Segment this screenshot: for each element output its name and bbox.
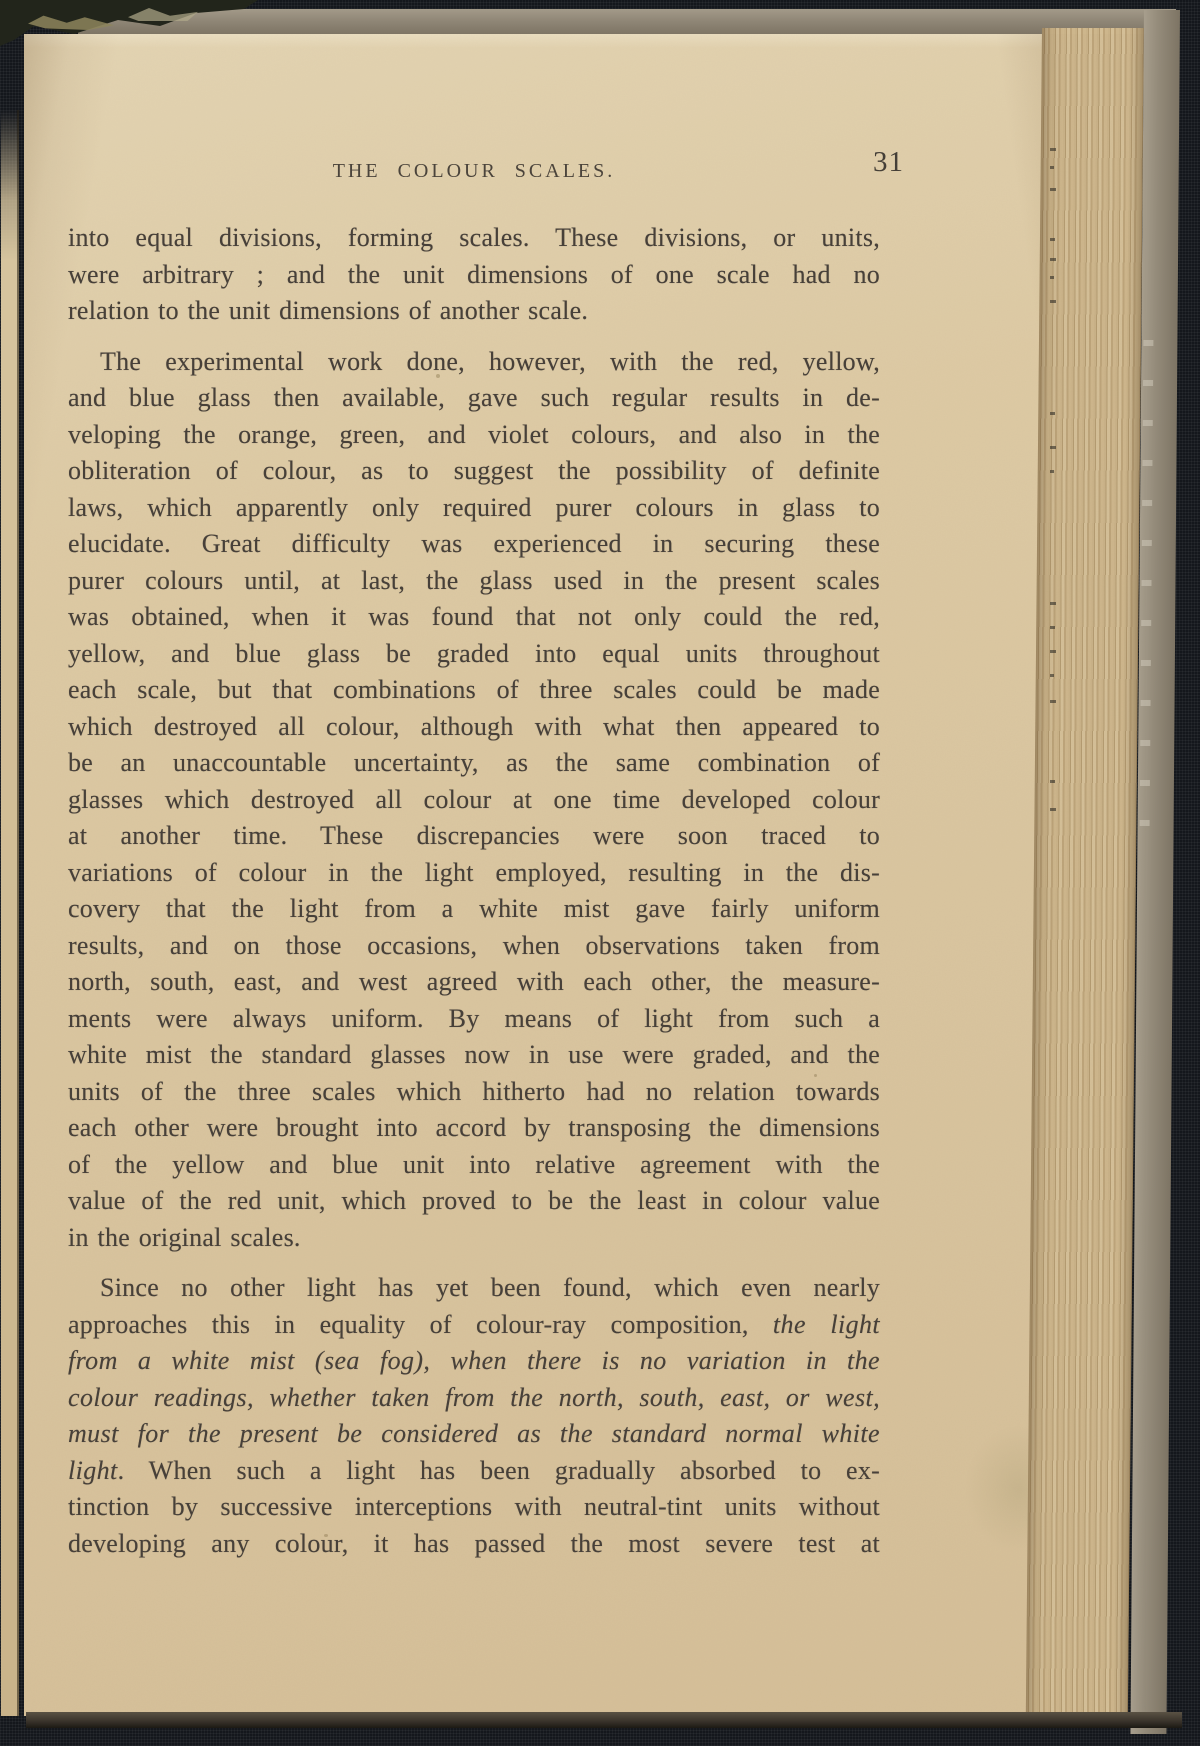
- fore-edge-ink-marks: [1050, 140, 1064, 900]
- book-scan: THE COLOUR SCALES. 31 into equal divisio…: [0, 0, 1200, 1746]
- text-line: colour readings, whether taken from the …: [68, 1380, 880, 1417]
- cover-wear-marks: [1139, 340, 1153, 860]
- text-line: be an unaccountable uncertainty, as the …: [68, 745, 880, 782]
- fore-edge-page-stack: [1026, 28, 1144, 1720]
- cover-bottom-edge: [26, 1712, 1182, 1728]
- text-line: white mist the standard glasses now in u…: [68, 1037, 880, 1074]
- text-block: into equal divisions, forming scales. Th…: [68, 220, 880, 1562]
- running-header: THE COLOUR SCALES.: [68, 160, 880, 183]
- text-line: units of the three scales which hitherto…: [68, 1074, 880, 1111]
- text-line: relation to the unit dimensions of anoth…: [68, 293, 880, 330]
- text-line: north, south, east, and west agreed with…: [68, 964, 880, 1001]
- text-line: were arbitrary ; and the unit dimensions…: [68, 257, 880, 294]
- text-line: must for the present be considered as th…: [68, 1416, 880, 1453]
- page-number: 31: [873, 146, 904, 179]
- text-line: glasses which destroyed all colour at on…: [68, 782, 880, 819]
- facing-page-sliver: [1, 110, 19, 1716]
- text-line: laws, which apparently only required pur…: [68, 490, 880, 527]
- text-line: approaches this in equality of colour-ra…: [68, 1307, 880, 1344]
- text-line: purer colours until, at last, the glass …: [68, 563, 880, 600]
- text-line: covery that the light from a white mist …: [68, 891, 880, 928]
- text-line: The experimental work done, however, wit…: [68, 344, 880, 381]
- text-line: veloping the orange, green, and violet c…: [68, 417, 880, 454]
- text-line: into equal divisions, forming scales. Th…: [68, 220, 880, 257]
- text-line: ments were always uniform. By means of l…: [68, 1001, 880, 1038]
- text-line: from a white mist (sea fog), when there …: [68, 1343, 880, 1380]
- text-line: elucidate. Great difficulty was experien…: [68, 526, 880, 563]
- text-line: at another time. These discrepancies wer…: [68, 818, 880, 855]
- text-line: developing any colour, it has passed the…: [68, 1526, 880, 1563]
- text-line: each scale, but that combinations of thr…: [68, 672, 880, 709]
- text-line: and blue glass then available, gave such…: [68, 380, 880, 417]
- text-line: obliteration of colour, as to suggest th…: [68, 453, 880, 490]
- text-line: of the yellow and blue unit into relativ…: [68, 1147, 880, 1184]
- text-line: variations of colour in the light employ…: [68, 855, 880, 892]
- book-page: THE COLOUR SCALES. 31 into equal divisio…: [24, 34, 1066, 1716]
- text-line: which destroyed all colour, although wit…: [68, 709, 880, 746]
- text-line: light. When such a light has been gradua…: [68, 1453, 880, 1490]
- text-line: was obtained, when it was found that not…: [68, 599, 880, 636]
- text-line: yellow, and blue glass be graded into eq…: [68, 636, 880, 673]
- text-line: value of the red unit, which proved to b…: [68, 1183, 880, 1220]
- text-line: tinction by successive interceptions wit…: [68, 1489, 880, 1526]
- text-line: in the original scales.: [68, 1220, 880, 1257]
- text-line: Since no other light has yet been found,…: [68, 1270, 880, 1307]
- text-line: results, and on those occasions, when ob…: [68, 928, 880, 965]
- text-line: each other were brought into accord by t…: [68, 1110, 880, 1147]
